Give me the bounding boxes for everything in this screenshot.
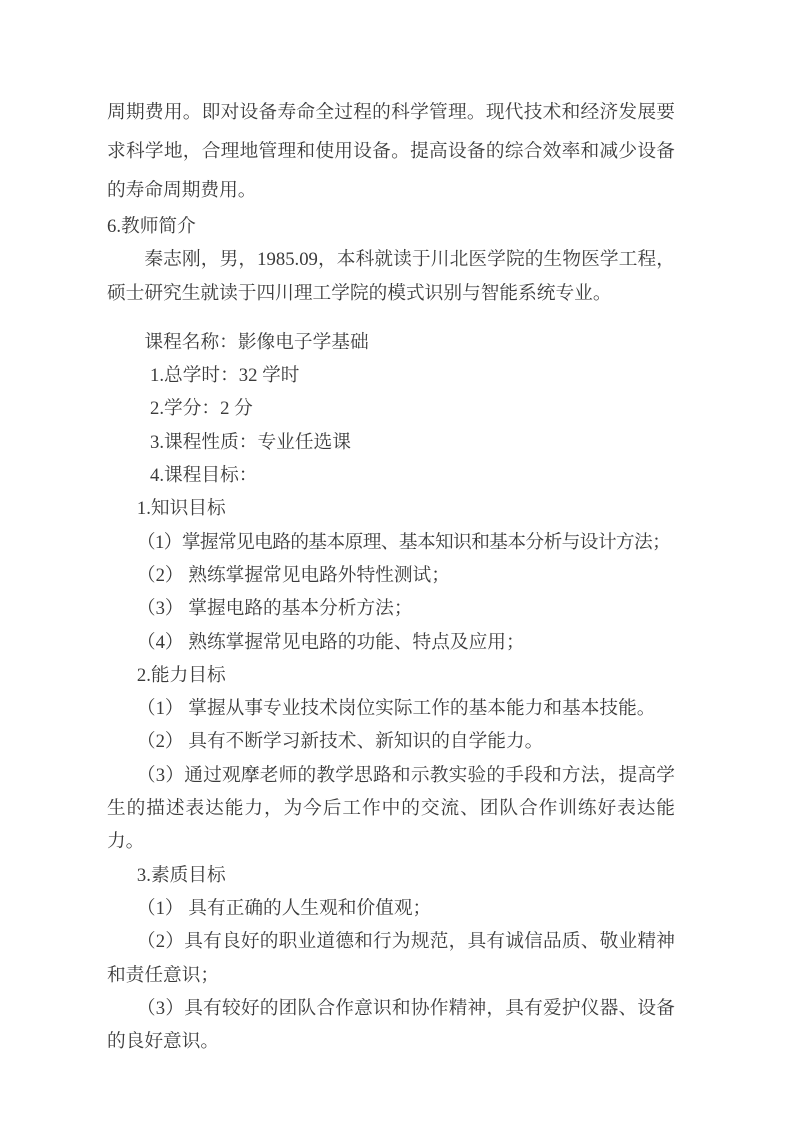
heading-quality-objectives: 3.素质目标 (107, 859, 675, 892)
document-body: 周期费用。即对设备寿命全过程的科学管理。现代技术和经济发展要求科学地，合理地管理… (107, 93, 675, 1058)
page: 周期费用。即对设备寿命全过程的科学管理。现代技术和经济发展要求科学地，合理地管理… (0, 0, 793, 1122)
list-item-total-hours: 1.总学时：32 学时 (107, 359, 675, 392)
paragraph-teacher-bio: 秦志刚，男，1985.09，本科就读于川北医学院的生物医学工程，硕士研究生就读于… (107, 243, 675, 310)
ability-objective-2: （2） 具有不断学习新技术、新知识的自学能力。 (107, 725, 675, 758)
line-course-name: 课程名称：影像电子学基础 (107, 326, 675, 359)
heading-teacher-intro: 6.教师简介 (107, 210, 675, 243)
knowledge-objective-4: （4） 熟练掌握常见电路的功能、特点及应用； (107, 626, 675, 659)
quality-objective-2: （2）具有良好的职业道德和行为规范，具有诚信品质、敬业精神和责任意识； (107, 925, 675, 992)
ability-objective-3: （3）通过观摩老师的教学思路和示教实验的手段和方法，提高学生的描述表达能力，为今… (107, 759, 675, 859)
paragraph-equipment-lifecycle: 周期费用。即对设备寿命全过程的科学管理。现代技术和经济发展要求科学地，合理地管理… (107, 93, 675, 210)
quality-objective-3: （3）具有较好的团队合作意识和协作精神，具有爱护仪器、设备的良好意识。 (107, 992, 675, 1059)
knowledge-objective-3: （3） 掌握电路的基本分析方法； (107, 592, 675, 625)
heading-ability-objectives: 2.能力目标 (107, 659, 675, 692)
list-item-credits: 2.学分：2 分 (107, 392, 675, 425)
heading-knowledge-objectives: 1.知识目标 (107, 492, 675, 525)
quality-objective-1: （1） 具有正确的人生观和价值观； (107, 892, 675, 925)
list-item-course-objectives: 4.课程目标： (107, 459, 675, 492)
ability-objective-1: （1） 掌握从事专业技术岗位实际工作的基本能力和基本技能。 (107, 692, 675, 725)
knowledge-objective-2: （2） 熟练掌握常见电路外特性测试； (107, 559, 675, 592)
list-item-course-type: 3.课程性质：专业任选课 (107, 426, 675, 459)
knowledge-objective-1: （1）掌握常见电路的基本原理、基本知识和基本分析与设计方法； (107, 526, 675, 559)
